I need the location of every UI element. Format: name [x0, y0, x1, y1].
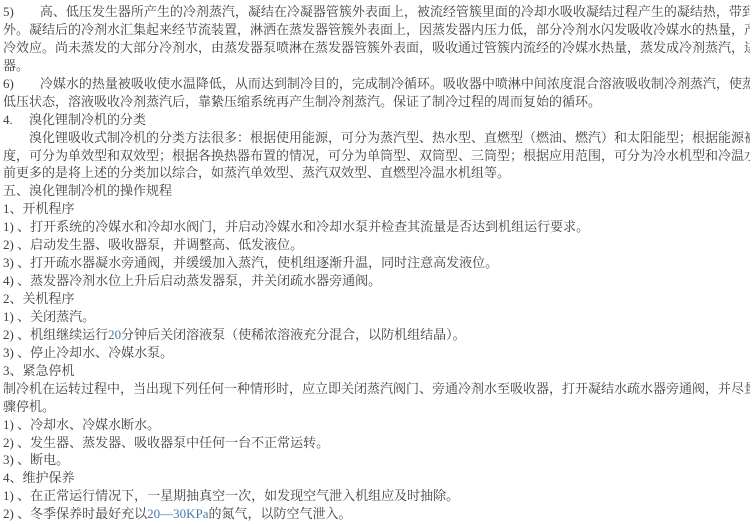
- text-line: 五、溴化锂制冷机的操作规程: [3, 182, 750, 200]
- text-line: 1) 、关闭蒸汽。: [3, 308, 750, 326]
- text-run: 度，可分为单效型和双效型；根据各换热器布置的情况，可分为单筒型、双筒型、三筒型；…: [3, 148, 750, 163]
- text-run: 4. 溴化锂制冷机的分类: [3, 112, 146, 127]
- text-line: 制冷机在运转过程中，当出现下列任何一种情形时，应立即关闭蒸汽阀门、旁通冷剂水至吸…: [3, 380, 750, 398]
- text-run: 3、紧急停机: [3, 363, 75, 378]
- text-run: 器。: [3, 58, 29, 73]
- text-run: 6) 冷媒水的热量被吸收使水温降低，从而达到制冷目的，完成制冷循环。吸收器中喷淋…: [3, 76, 750, 91]
- text-line: 5) 高、低压发生器所产生的冷剂蒸汽，凝结在冷凝器管簇外表面上，被流经管簇里面的…: [3, 3, 750, 21]
- text-run: 制冷机在运转过程中，当出现下列任何一种情形时，应立即关闭蒸汽阀门、旁通冷剂水至吸…: [3, 381, 750, 396]
- text-line: 1) 、打开系统的冷媒水和冷却水阀门，并启动冷媒水和冷却水泵并检查其流量是否达到…: [3, 218, 750, 236]
- text-run: 1、开机程序: [3, 201, 75, 216]
- text-line: 3) 、打开疏水器凝水旁通阀，并缓缓加入蒸汽，使机组逐渐升温，同时注意高发液位。: [3, 254, 750, 272]
- text-line: 2) 、发生器、蒸发器、吸收器泵中任何一台不正常运转。: [3, 434, 750, 452]
- text-run: 2) 、发生器、蒸发器、吸收器泵中任何一台不正常运转。: [3, 435, 329, 450]
- text-line: 前更多的是将上述的分类加以综合，如蒸汽单效型、蒸汽双效型、直燃型冷温水机组等。: [3, 164, 750, 182]
- text-run: 3) 、停止冷却水、冷媒水泵。: [3, 345, 173, 360]
- text-run: 2) 、机组继续运行: [3, 327, 108, 342]
- text-run: 5) 高、低压发生器所产生的冷剂蒸汽，凝结在冷凝器管簇外表面上，被流经管簇里面的…: [3, 4, 750, 19]
- text-line: 3) 、断电。: [3, 451, 750, 469]
- text-line: 低压状态，溶液吸收冷剂蒸汽后，靠絷压缩系统再产生制冷剂蒸汽。保证了制冷过程的周而…: [3, 93, 750, 111]
- document-page: 5) 高、低压发生器所产生的冷剂蒸汽，凝结在冷凝器管簇外表面上，被流经管簇里面的…: [0, 0, 752, 524]
- text-line: 1) 、冷却水、冷媒水断水。: [3, 416, 750, 434]
- text-run: 3) 、打开疏水器凝水旁通阀，并缓缓加入蒸汽，使机组逐渐升温，同时注意高发液位。: [3, 255, 498, 270]
- accent-text-run: 20: [108, 327, 121, 342]
- text-run: 2) 、启动发生器、吸收器泵，并调整高、低发液位。: [3, 237, 303, 252]
- text-line: 2) 、冬季保养时最好充以20—30KPa的氮气，以防空气泄入。: [3, 505, 750, 523]
- text-line: 溴化锂吸收式制冷机的分类方法很多：根据使用能源，可分为蒸汽型、热水型、直燃型（燃…: [3, 129, 750, 147]
- text-run: 3) 、断电。: [3, 452, 69, 467]
- text-run: 2) 、冬季保养时最好充以: [3, 506, 147, 521]
- text-run: 冷效应。尚未蒸发的大部分冷剂水，由蒸发器泵喷淋在蒸发器管簇外表面，吸收通过管簇内…: [3, 40, 750, 55]
- text-run: 的氮气，以防空气泄入。: [208, 506, 351, 521]
- text-run: 4) 、蒸发器冷剂水位上升后启动蒸发器泵，并关闭疏水器旁通阀。: [3, 273, 381, 288]
- text-run: 前更多的是将上述的分类加以综合，如蒸汽单效型、蒸汽双效型、直燃型冷温水机组等。: [3, 165, 510, 180]
- text-line: 2) 、启动发生器、吸收器泵，并调整高、低发液位。: [3, 236, 750, 254]
- text-line: 1、开机程序: [3, 200, 750, 218]
- text-line: 度，可分为单效型和双效型；根据各换热器布置的情况，可分为单筒型、双筒型、三筒型；…: [3, 147, 750, 165]
- text-run: 低压状态，溶液吸收冷剂蒸汽后，靠絷压缩系统再产生制冷剂蒸汽。保证了制冷过程的周而…: [3, 94, 601, 109]
- text-run: 外。凝结后的冷剂水汇集起来经节流装置，淋洒在蒸发器管簇外表面上，因蒸发器内压力低…: [3, 22, 750, 37]
- text-line: 3、紧急停机: [3, 362, 750, 380]
- text-line: 4. 溴化锂制冷机的分类: [3, 111, 750, 129]
- text-line: 6) 冷媒水的热量被吸收使水温降低，从而达到制冷目的，完成制冷循环。吸收器中喷淋…: [3, 75, 750, 93]
- text-line: 4、维护保养: [3, 469, 750, 487]
- text-line: 2、关机程序: [3, 290, 750, 308]
- text-run: 1) 、关闭蒸汽。: [3, 309, 95, 324]
- text-run: 骤停机。: [3, 399, 55, 414]
- text-run: 1) 、在正常运行情况下，一星期抽真空一次，如发现空气泄入机组应及时抽除。: [3, 488, 459, 503]
- text-line: 骤停机。: [3, 398, 750, 416]
- text-line: 2) 、机组继续运行20分钟后关闭溶液泵（使稀浓溶液充分混合，以防机组结晶）。: [3, 326, 750, 344]
- text-run: 1) 、冷却水、冷媒水断水。: [3, 417, 160, 432]
- text-line: 3) 、停止冷却水、冷媒水泵。: [3, 344, 750, 362]
- text-run: 溴化锂吸收式制冷机的分类方法很多：根据使用能源，可分为蒸汽型、热水型、直燃型（燃…: [3, 130, 750, 145]
- accent-text-run: 20—30KPa: [147, 506, 208, 521]
- text-run: 4、维护保养: [3, 470, 75, 485]
- text-line: 外。凝结后的冷剂水汇集起来经节流装置，淋洒在蒸发器管簇外表面上，因蒸发器内压力低…: [3, 21, 750, 39]
- text-line: 1) 、在正常运行情况下，一星期抽真空一次，如发现空气泄入机组应及时抽除。: [3, 487, 750, 505]
- text-line: 4) 、蒸发器冷剂水位上升后启动蒸发器泵，并关闭疏水器旁通阀。: [3, 272, 750, 290]
- text-line: 冷效应。尚未蒸发的大部分冷剂水，由蒸发器泵喷淋在蒸发器管簇外表面，吸收通过管簇内…: [3, 39, 750, 57]
- text-run: 五、溴化锂制冷机的操作规程: [3, 183, 172, 198]
- text-line: 器。: [3, 57, 750, 75]
- text-run: 2、关机程序: [3, 291, 75, 306]
- text-run: 1) 、打开系统的冷媒水和冷却水阀门，并启动冷媒水和冷却水泵并检查其流量是否达到…: [3, 219, 589, 234]
- text-run: 分钟后关闭溶液泵（使稀浓溶液充分混合，以防机组结晶）。: [121, 327, 466, 342]
